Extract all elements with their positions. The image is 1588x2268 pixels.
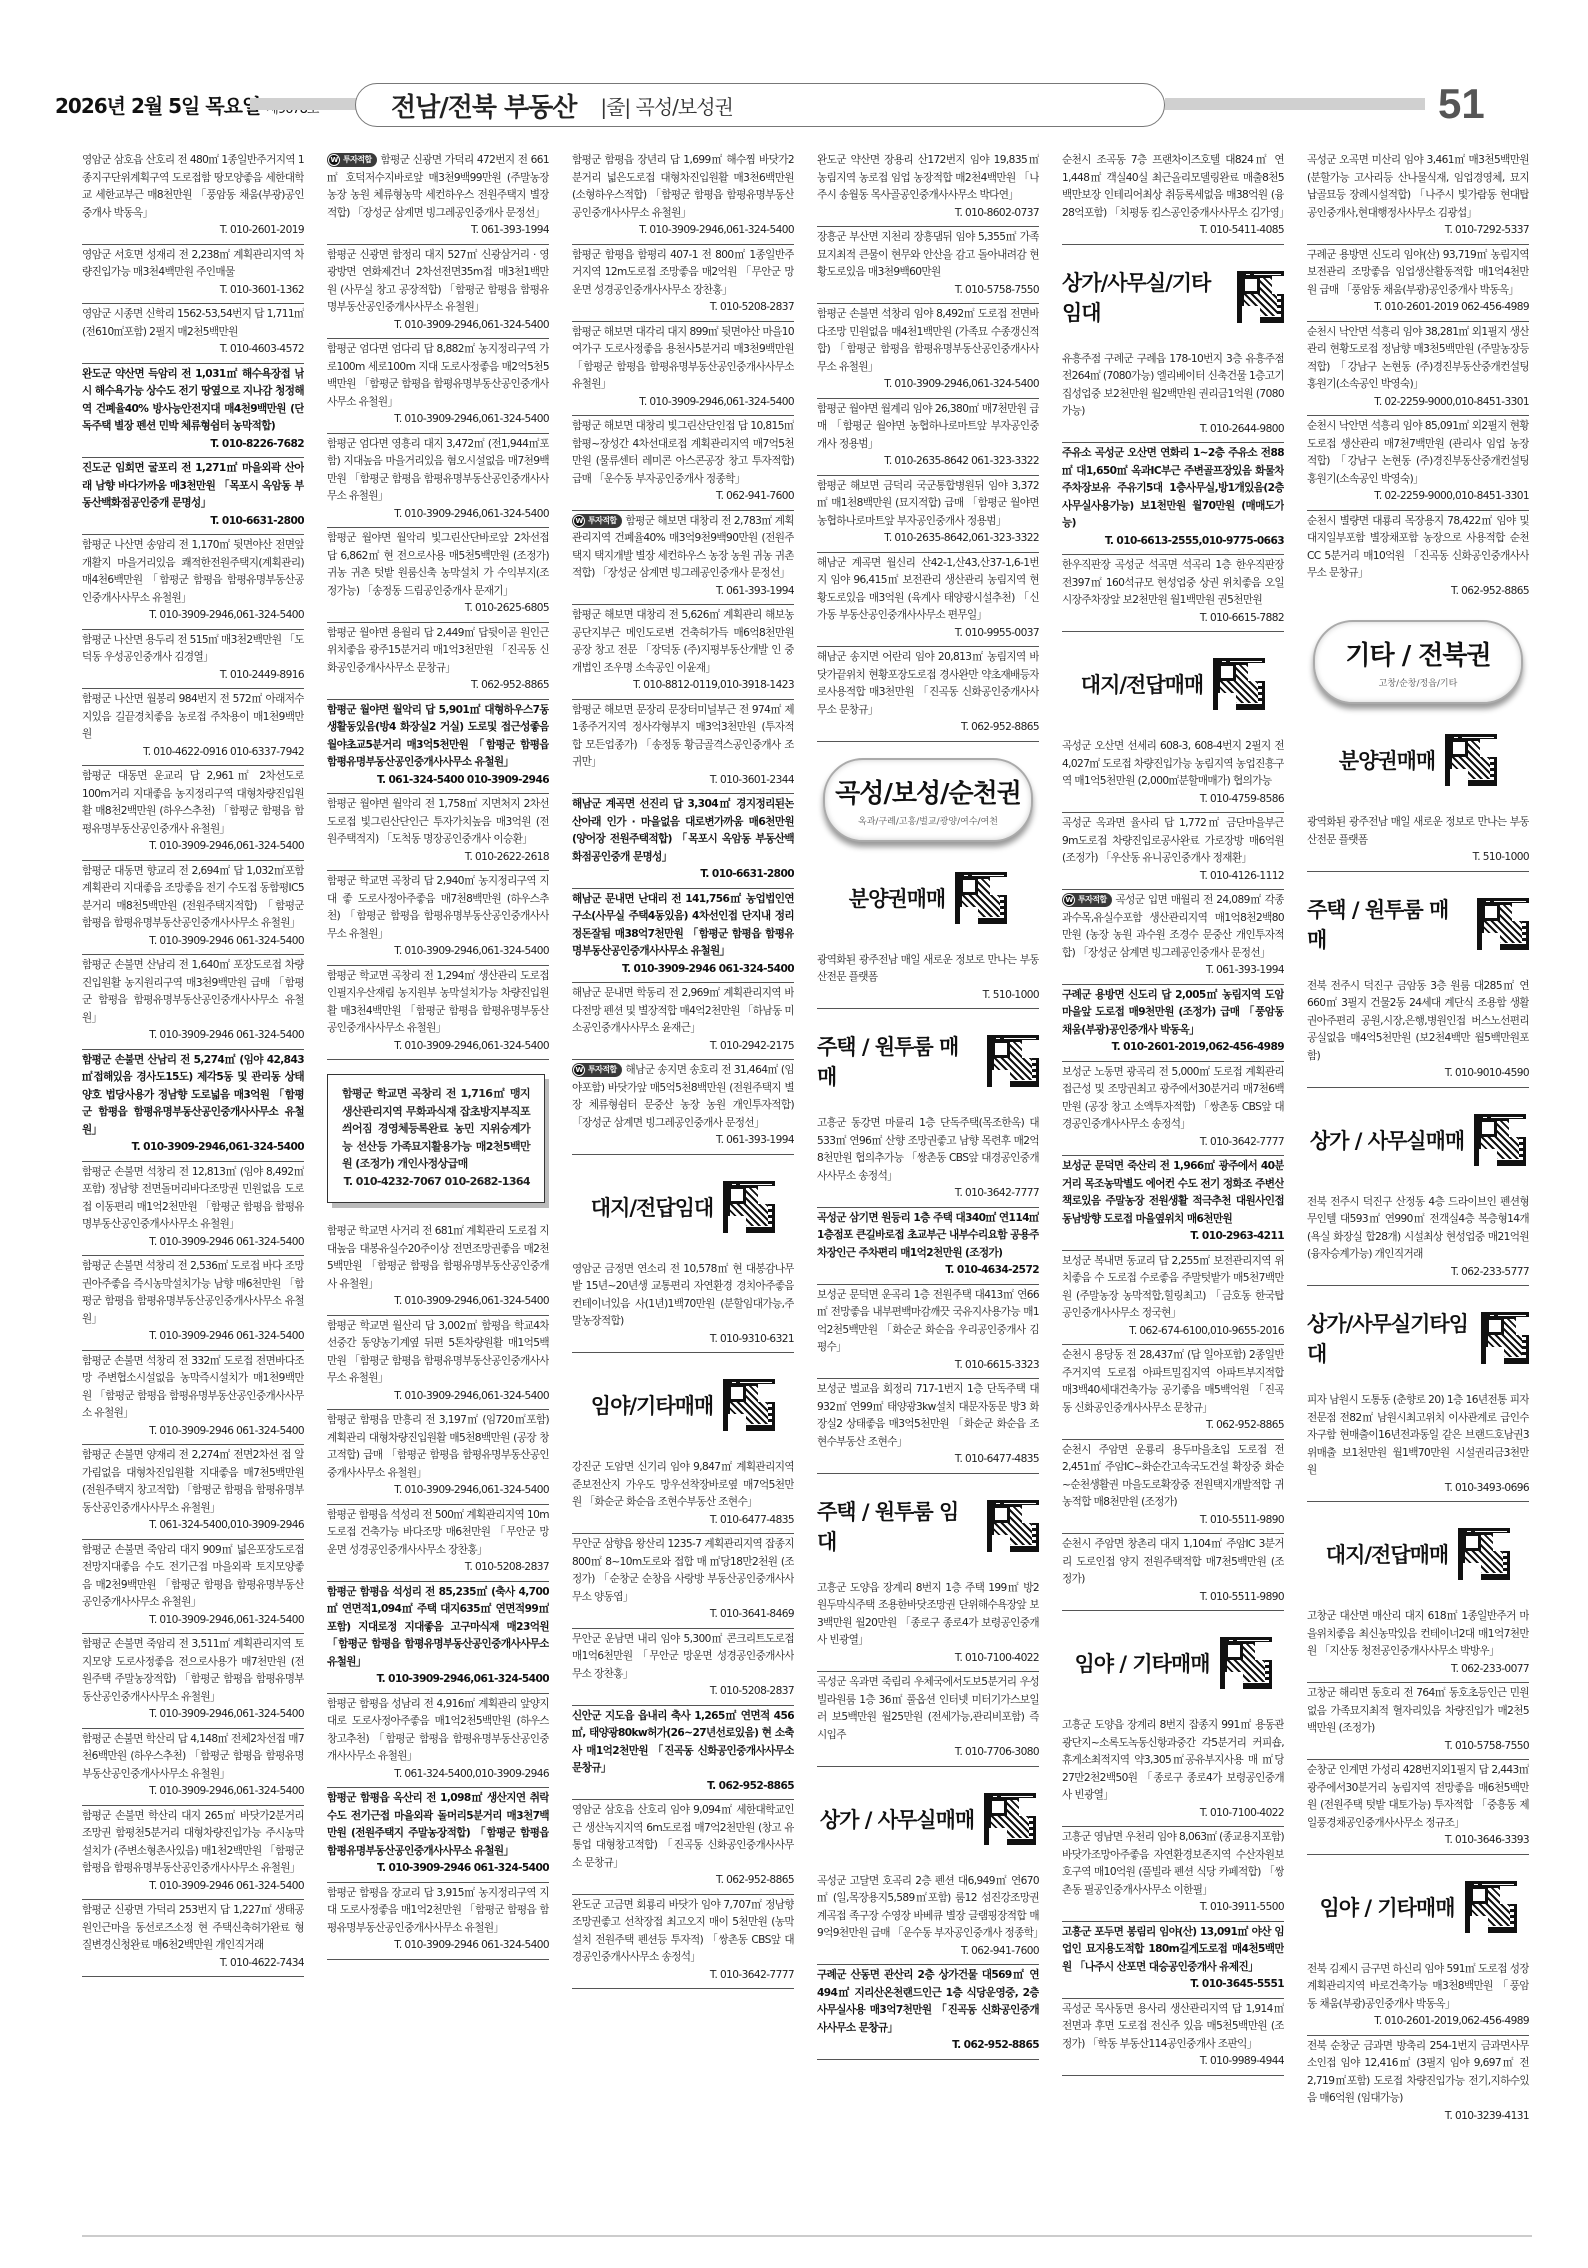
listing-ad: 함평군 엄다면 엄다리 답 8,882㎡ 농지정리구역 가로100m 세로100… [327, 339, 549, 434]
listing-ad: 함평군 손불면 석창리 전 332㎡ 도로접 전면바다조망 주변협소시설없음 농… [82, 1351, 304, 1446]
phone-number: T. 010-6477-4835 [572, 1512, 794, 1530]
listing-text: 고흥군 도양읍 장계리 8번지 잡종지 991㎡ 용동관광단지~소록도녹동신항과… [1062, 1719, 1284, 1801]
phone-number: T. 062-952-8865 [1307, 583, 1529, 601]
phone-number: T. 010-3646-3393 [1307, 1832, 1529, 1850]
listing-ad: 함평군 해보면 대각리 대지 899㎡ 뒷면야산 마을10여가구 도로사정좋음 … [572, 322, 794, 417]
column-2: W투자적합함평군 신광면 가덕리 472번지 전 661㎡ 호덕저수지바로앞 매… [327, 150, 549, 2230]
listing-ad: 순창군 인계면 가성리 428번지외1필지 답 2,443㎡ 광주에서30분거리… [1307, 1760, 1529, 1855]
qr-code-icon[interactable] [987, 1035, 1039, 1087]
listing-text: 함평군 해보면 금덕리 국군통합병원뒤 임야 3,372㎡ 매1천8백만원 (묘… [817, 480, 1039, 527]
investment-badge: W투자적합 [1062, 893, 1112, 907]
listing-ad: 순천시 주암면 창촌리 대지 1,104㎡ 주암IC 3분거리 도로인접 양지 … [1062, 1534, 1284, 1611]
listing-text: 곡성군 목사동면 용사리 생산관리지역 답 1,914㎡ 전면과 후면 도로접 … [1062, 2003, 1284, 2050]
listing-ad: 함평군 함평읍 성남리 전 4,916㎡ 계획관리 앞양지대로 도로사정아주좋음… [327, 1694, 549, 1789]
phone-number: T. 010-8226-7682 [82, 436, 304, 454]
classified-columns: 영암군 삼호읍 산호리 전 480㎡ 1종일반주거지역 1종지구단위계획구역 도… [82, 150, 1532, 2230]
w-logo-icon: W [1063, 894, 1075, 906]
phone-number: T. 010-8602-0737 [817, 205, 1039, 223]
phone-number: T. 02-2259-9000,010-8451-3301 [1307, 488, 1529, 506]
phone-number: T. 010-4126-1112 [1062, 868, 1284, 886]
phone-number: T. 061-324-5400,010-3909-2946 [82, 1517, 304, 1535]
listing-ad: 함평군 손불면 석창리 전 12,813㎡ (임야 8,492㎡포함) 정남향 … [82, 1162, 304, 1257]
section-label: 임야 / 기타매매 [1319, 1892, 1454, 1922]
phone-number: T. 02-2259-9000,010-8451-3301 [1307, 394, 1529, 412]
listing-ad: 영암군 삼호읍 산호리 전 480㎡ 1종일반주거지역 1종지구단위계획구역 도… [82, 150, 304, 245]
listing-text: 신안군 지도읍 읍내리 축사 1,265㎡ 연면적 456㎡, 태양광80kw허… [572, 1710, 794, 1775]
listing-text: 함평군 신광면 가덕리 253번지 답 1,227㎡ 생태공원인근마을 동선로즈… [82, 1904, 304, 1951]
listing-text: 전북 전주시 덕진구 산정동 4층 드라이브인 펜션형무인텔 대593㎡ 연99… [1307, 1196, 1529, 1261]
listing-ad: 곡성군 고달면 호곡리 2층 펜션 대6,949㎡ 연670㎡ (일,목장용지5… [817, 1871, 1039, 1966]
listing-ad: 보성군 복내면 동교리 답 2,255㎡ 보전관리지역 위치좋음 수 도로접 수… [1062, 1251, 1284, 1346]
qr-code-icon[interactable] [1477, 898, 1529, 950]
column-1: 영암군 삼호읍 산호리 전 480㎡ 1종일반주거지역 1종지구단위계획구역 도… [82, 150, 304, 2230]
phone-number: T. 010-3642-7777 [1062, 1134, 1284, 1152]
listing-ad: 함평군 월야면 용월리 답 2,449㎡ 답뒷이곧 원인근 위치좋음 광주15분… [327, 623, 549, 700]
listing-text: 함평군 대동면 향교리 전 2,694㎡ 답 1,032㎡포함 계획관리 지대좋… [82, 865, 304, 930]
phone-number: T. 010-3909-2946 061-324-5400 [82, 1878, 304, 1896]
section-label: 분양권매매 [1339, 745, 1435, 775]
qr-code-icon[interactable] [1213, 658, 1265, 710]
column-3: 함평군 함평읍 장년리 답 1,699㎡ 해수찜 바닷가2분거리 넓은도로접 대… [572, 150, 794, 2230]
listing-ad: 전북 전주시 덕진구 산정동 4층 드라이브인 펜션형무인텔 대593㎡ 연99… [1307, 1192, 1529, 1287]
phone-number: T. 010-2635-8642 061-323-3322 [817, 453, 1039, 471]
phone-number: T. 010-2601-2019,062-456-4989 [1062, 1039, 1284, 1057]
phone-number: T. 010-3909-2946,061-324-5400 [327, 943, 549, 961]
listing-text: 고창군 대산면 매산리 대지 618㎡ 1종일반주거 마을위치좋음 최신농막있음… [1307, 1610, 1529, 1657]
listing-ad: 함평군 손불면 산남리 전 5,274㎡ (임야 42,843㎡접해있음 경사도… [82, 1050, 304, 1162]
region-subtitle: 고창/순창/정읍/기타 [1379, 676, 1458, 689]
phone-number: T. 010-7706-3080 [817, 1744, 1039, 1762]
listing-text: 함평군 함평읍 석성리 전 85,235㎡ (축사 4,700㎡ 연면적1,09… [327, 1586, 549, 1668]
listing-text: 전북 김제시 금구면 하신리 임야 591㎡ 도로접 성장계획관리지역 바로건축… [1307, 1963, 1529, 2010]
listing-ad: 함평군 함평읍 옥산리 전 1,098㎡ 생산지연 취락 수도 전기근접 마을외… [327, 1788, 549, 1883]
listing-text: 함평군 대동면 운교리 답 2,961㎡ 2차선도로 100m거리 지대좋음 농… [82, 770, 304, 835]
listing-ad: 고창군 해리면 동호리 전 764㎡ 동호초등인근 민원없음 가족묘지최적 혈자… [1307, 1683, 1529, 1760]
listing-ad: 보성군 문덕면 운곡리 1층 전원주택 대413㎡ 연66㎡ 전망좋음 내부편백… [817, 1285, 1039, 1380]
listing-text: 순천시 주암면 운룡리 용두마을초입 도로접 전 2,451㎡ 주암IC~화순간… [1062, 1444, 1284, 1509]
section-label: 주택 / 원투룸 임대 [817, 1496, 977, 1556]
phone-number: T. 010-2942-2175 [572, 1038, 794, 1056]
listing-text: 곡성군 옥과면 율사리 답 1,772㎡ 금단마을부근 9m도로접 차량진입로공… [1062, 817, 1284, 864]
phone-number: T. 010-5758-7550 [817, 282, 1039, 300]
section-presale-header: 분양권매매 [1307, 720, 1529, 800]
listing-text: 진도군 임회면 굴포리 전 1,271㎡ 마을외곽 산아래 남향 바다가까움 매… [82, 462, 304, 509]
phone-number: T. 010-3909-2946,061-324-5400 [82, 1139, 304, 1157]
listing-ad: 완도군 약산면 장용리 산172번지 임야 19,835㎡ 농림지역 농로접 임… [817, 150, 1039, 227]
phone-number: T. 010-6615-7882 [1062, 610, 1284, 628]
listing-ad: 구례군 산동면 관산리 2층 상가건물 대569㎡ 연494㎡ 지리산온천랜드인… [817, 1965, 1039, 2060]
listing-text: 무안군 운남면 내리 임야 5,300㎡ 콘크리트도로접 매1억6천만원 「무안… [572, 1633, 794, 1680]
listing-ad: 함평군 학교면 곡창리 전 1,716㎡ 맹지 생산관리지역 무화과식재 잡초방… [342, 1083, 530, 1194]
listing-text: 곡성군 오산면 선세리 608-3, 608-4번지 2필지 전 4,027㎡ … [1062, 740, 1284, 787]
listing-text: 곡성군 삼기면 원등리 1층 주택 대340㎡ 연114㎡ 1층점포 큰길바로접… [817, 1212, 1039, 1259]
section-shop-header: 상가 / 사무실매매 [817, 1779, 1039, 1859]
listing-ad: 함평군 나산면 용두리 전 515㎡ 매3천2백만원 「도덕동 우성공인중개사 … [82, 630, 304, 690]
phone-number: T. 010-2601-2019 062-456-4989 [1307, 299, 1529, 317]
listing-text: 완도군 약산면 장용리 산172번지 임야 19,835㎡ 농림지역 농로접 임… [817, 154, 1039, 201]
listing-ad: 함평군 해보면 대창리 빛그린산단인접 답 10,815㎡ 함평~장성간 4차선… [572, 416, 794, 511]
listing-ad: W투자적합함평군 신광면 가덕리 472번지 전 661㎡ 호덕저수지바로앞 매… [327, 150, 549, 245]
investment-badge: W투자적합 [572, 1063, 622, 1077]
listing-text: 전북 전주시 덕진구 금암동 3층 원룸 대285㎡ 연660㎡ 3필지 건물2… [1307, 980, 1529, 1062]
phone-number: T. 062-952-8865 [572, 1872, 794, 1890]
listing-ad: 해남군 계곡면 월신리 산42-1,산43,산37-1,6-1번지 임야 96,… [817, 553, 1039, 648]
listing-ad: 곡성군 오산면 선세리 608-3, 608-4번지 2필지 전 4,027㎡ … [1062, 736, 1284, 813]
listing-text: 함평군 손불면 죽암리 대지 909㎡ 넓은포장도로접 전망지대좋음 수도 전기… [82, 1544, 304, 1609]
phone-number: T. 010-3909-2946,061-324-5400 [327, 1038, 549, 1056]
phone-number: T. 062-952-8865 [817, 719, 1039, 737]
listing-text: 영암군 삼호읍 산호리 임야 9,094㎡ 세한대학교인근 생산녹지지역 6m도… [572, 1804, 794, 1869]
listing-ad: 곡성군 오곡면 미산리 임야 3,461㎡ 매3천5백만원 (분할가능 고사리등… [1307, 150, 1529, 245]
listing-text: 강진군 도암면 신기리 임야 9,847㎡ 계획관리지역 준보전산지 가우도 망… [572, 1461, 794, 1508]
listing-ad: 전북 김제시 금구면 하신리 임야 591㎡ 도로접 성장계획관리지역 바로건축… [1307, 1959, 1529, 2036]
phone-number: T. 010-4603-4572 [82, 341, 304, 359]
listing-text: 함평군 엄다면 영흥리 대지 3,472㎡ (전1,944㎡포함) 지대높음 마… [327, 438, 549, 503]
phone-number: T. 010-6477-4835 [817, 1451, 1039, 1469]
phone-number: T. 010-2601-2019 [82, 222, 304, 240]
listing-text: 곡성군 옥과면 죽림리 우체국에서도보5분거리 우성빌라원룸 1층 36㎡ 풀옵… [817, 1676, 1039, 1741]
listing-ad: 함평군 해보면 금덕리 국군통합병원뒤 임야 3,372㎡ 매1천8백만원 (묘… [817, 476, 1039, 553]
listing-text: 구례군 용방면 신도리 임야(산) 93,719㎡ 농림지역 보전관리 조망좋음… [1307, 249, 1529, 296]
listing-ad: 함평군 월야면 월악리 빛그린산단바로앞 2차선접 답 6,862㎡ 현 전으로… [327, 528, 549, 623]
qr-code-icon[interactable] [1220, 1637, 1272, 1689]
listing-text: 해남군 계곡면 선진리 답 3,304㎡ 경지정리된논 산아래 인가 · 마을없… [572, 798, 794, 863]
phone-number: T. 010-2635-8642,061-323-3322 [817, 530, 1039, 548]
listing-text: 완도군 약산면 득암리 전 1,031㎡ 해수욕장접 낚시 해수욕가능 상수도 … [82, 368, 304, 433]
phone-number: T. 010-2963-4211 [1062, 1228, 1284, 1246]
listing-text: 광역화된 광주전남 매일 새로운 정보로 만나는 부동산전문 플랫폼 [817, 954, 1039, 984]
listing-ad: 구례군 용방면 신도리 임야(산) 93,719㎡ 농림지역 보전관리 조망좋음… [1307, 245, 1529, 322]
listing-ad: 함평군 함평읍 장교리 답 3,915㎡ 농지정리구역 지대 도로사정좋음 매1… [327, 1883, 549, 1960]
listing-text: 곡성군 고달면 호곡리 2층 펜션 대6,949㎡ 연670㎡ (일,목장용지5… [817, 1875, 1039, 1940]
phone-number: T. 510-1000 [817, 987, 1039, 1005]
listing-text: 순천시 용당동 전 28,437㎡ (답 일아포함) 2종일반주거지역 도로접 … [1062, 1349, 1284, 1414]
listing-ad: 함평군 해보면 대창리 전 5,626㎡ 계획관리 해보농공단지부근 메인도로변… [572, 605, 794, 700]
phone-number: T. 010-6615-3323 [817, 1357, 1039, 1375]
listing-ad: 전북 순창군 금과면 방축리 254-1번지 금과면사무소인접 임야 12,41… [1307, 2036, 1529, 2130]
phone-number: T. 010-3909-2946,061-324-5400 [572, 222, 794, 240]
listing-text: 영암군 금정면 연소리 전 10,578㎡ 현 대봉감나무밭 15년~20년생 … [572, 1263, 794, 1328]
listing-text: 고흥군 영남면 우천리 임야 8,063㎡ (종교용지포함) 바닷가조망아주좋음… [1062, 1831, 1284, 1896]
listing-text: 함평군 손불면 석창리 전 12,813㎡ (임야 8,492㎡포함) 정남향 … [82, 1166, 304, 1231]
section-label: 상가 / 사무실매매 [1310, 1125, 1464, 1155]
section-label: 대지/전답매매 [1081, 669, 1203, 699]
phone-number: T. 010-3909-2946,061-324-5400 [82, 607, 304, 625]
phone-number: T. 010-6631-2800 [82, 513, 304, 531]
listing-text: 함평군 학교면 곡창리 전 1,294㎡ 생산관리 도로접 인필지우산재림 농지… [327, 970, 549, 1035]
listing-ad: W투자적합함평군 해보면 대창리 전 2,783㎡ 계획관리지역 건폐율40% … [572, 511, 794, 606]
listing-ad: 함평군 손불면 양재리 전 2,274㎡ 전면2차선 접 알가림없음 대형차진입… [82, 1445, 304, 1540]
listing-text: 함평군 월야면 월악리 답 5,901㎡ 대형하우스7동 생활동있음(방4 화장… [327, 704, 549, 769]
listing-text: 함평군 손불면 석창리 임야 8,492㎡ 도로접 전면바다조망 민원없음 매4… [817, 308, 1039, 373]
listing-ad: 함평군 함평읍 석성리 전 85,235㎡ (축사 4,700㎡ 연면적1,09… [327, 1582, 549, 1694]
phone-number: T. 010-4634-2572 [817, 1262, 1039, 1280]
phone-number: T. 010-9989-4944 [1062, 2053, 1284, 2071]
listing-text: 함평군 손불면 학산리 답 4,148㎡ 전체2차선접 매7천6백만원 (하우스… [82, 1733, 304, 1780]
section-forest-header: 임야 / 기타매매 [1307, 1867, 1529, 1947]
phone-number: T. 010-2625-6805 [327, 600, 549, 618]
qr-code-icon[interactable] [723, 1181, 775, 1233]
phone-number: T. 010-3909-2946,061-324-5400 [327, 1388, 549, 1406]
listing-ad: 함평군 손불면 석창리 임야 8,492㎡ 도로접 전면바다조망 민원없음 매4… [817, 304, 1039, 399]
listing-ad: 함평군 함평읍 장년리 답 1,699㎡ 해수찜 바닷가2분거리 넓은도로접 대… [572, 150, 794, 245]
listing-text: 함평군 함평읍 옥산리 전 1,098㎡ 생산지연 취락 수도 전기근접 마을외… [327, 1792, 549, 1857]
phone-number: T. 010-6631-2800 [572, 866, 794, 884]
w-logo-icon: W [328, 154, 340, 166]
listing-ad: 보성군 노동면 광곡리 전 5,000㎡ 도로접 계획관리 접근성 및 조망권최… [1062, 1062, 1284, 1157]
section-label: 상가/사무실/기타임대 [1062, 267, 1227, 327]
boxed-listing: 함평군 학교면 곡창리 전 1,716㎡ 맹지 생산관리지역 무화과식재 잡초방… [327, 1074, 545, 1203]
listing-ad: 순천시 조곡동 7층 프랜차이즈호텔 대824㎡ 연1,448㎡ 객실40실 최… [1062, 150, 1284, 245]
phone-number: T. 010-3909-2946 061-324-5400 [82, 933, 304, 951]
listing-text: 주유소 곡성군 오산면 연화리 1~2층 주유소 전88㎡ 대1,650㎡ 옥과… [1062, 447, 1284, 529]
listing-text: 구례군 용방면 신도리 답 2,005㎡ 농림지역 도암마을앞 도로접 매9천만… [1062, 989, 1284, 1036]
phone-number: T. 062-233-0077 [1307, 1661, 1529, 1679]
listing-text: 함평군 손불면 죽암리 전 3,511㎡ 계획관리지역 토지모양 도로사정좋음 … [82, 1638, 304, 1703]
listing-ad: 함평군 엄다면 영흥리 대지 3,472㎡ (전1,944㎡포함) 지대높음 마… [327, 434, 549, 529]
qr-code-icon[interactable] [987, 1500, 1039, 1552]
column-6: 곡성군 오곡면 미산리 임야 3,461㎡ 매3천5백만원 (분할가능 고사리등… [1307, 150, 1529, 2230]
listing-text: 함평군 월야면 월악리 빛그린산단바로앞 2차선접 답 6,862㎡ 현 전으로… [327, 532, 549, 597]
phone-number: T. 010-3909-2946,061-324-5400 [327, 411, 549, 429]
listing-ad: 함평군 손불면 석창리 전 2,536㎡ 도로접 바다 조망권아주좋음 즉시농막… [82, 1256, 304, 1351]
listing-text: 순천시 조곡동 7층 프랜차이즈호텔 대824㎡ 연1,448㎡ 객실40실 최… [1062, 154, 1284, 219]
phone-number: T. 010-4622-7434 [82, 1955, 304, 1973]
phone-number: T. 010-4232-7067 010-2682-1364 [342, 1173, 530, 1191]
listing-ad: 강진군 도암면 신기리 임야 9,847㎡ 계획관리지역 준보전산지 가우도 망… [572, 1457, 794, 1534]
listing-ad: 함평군 손불면 죽암리 대지 909㎡ 넓은포장도로접 전망지대좋음 수도 전기… [82, 1540, 304, 1635]
listing-text: 함평군 해보면 대각리 대지 899㎡ 뒷면야산 마을10여가구 도로사정좋음 … [572, 326, 794, 391]
listing-text: 해남군 문내면 난대리 전 141,756㎡ 농업법인연구소(사무실 주택4동있… [572, 893, 794, 958]
badge-label: 투자적합 [588, 512, 617, 530]
phone-number: T. 010-3909-2946 061-324-5400 [82, 1027, 304, 1045]
phone-number: T. 010-3909-2946,061-324-5400 [82, 1783, 304, 1801]
phone-number: T. 010-5511-9890 [1062, 1589, 1284, 1607]
phone-number: T. 010-6613-2555,010-9775-0663 [1062, 533, 1284, 551]
phone-number: T. 010-3909-2946,061-324-5400 [82, 1612, 304, 1630]
listing-text: 함평군 손불면 석창리 전 2,536㎡ 도로접 바다 조망권아주좋음 즉시농막… [82, 1260, 304, 1325]
listing-ad: 함평군 나산면 송암리 전 1,170㎡ 뒷면야산 전면앞개활지 마을거리있음 … [82, 535, 304, 630]
listing-text: 함평군 함평읍 장년리 답 1,699㎡ 해수찜 바닷가2분거리 넓은도로접 대… [572, 154, 794, 219]
date-text: 2026년 2월 5일 목요일 [55, 94, 260, 118]
phone-number: T. 010-8812-0119,010-3918-1423 [572, 677, 794, 695]
listing-ad: 함평군 손불면 죽암리 전 3,511㎡ 계획관리지역 토지모양 도로사정좋음 … [82, 1634, 304, 1729]
badge-label: 투자적합 [588, 1061, 617, 1079]
qr-code-icon[interactable] [984, 1793, 1036, 1845]
section-title: 전남/전북 부동산 [391, 87, 576, 124]
section-label: 상가 / 사무실매매 [820, 1804, 974, 1834]
listing-text: 함평군 학교면 월산리 답 3,002㎡ 함평읍 학교4차선중간 동양농기계옆 … [327, 1320, 549, 1385]
phone-number: T. 010-3909-2946,061-324-5400 [572, 394, 794, 412]
region-subtitle: 옥과/구례/고흥/벌교/광양/여수/여천 [858, 814, 998, 827]
phone-number: T. 010-7100-4022 [817, 1650, 1039, 1668]
phone-number: T. 010-3909-2946 061-324-5400 [82, 1234, 304, 1252]
section-land-header: 대지/전답매매 [1062, 644, 1284, 724]
listing-ad: 순천시 용당동 전 28,437㎡ (답 일아포함) 2종일반주거지역 도로접 … [1062, 1345, 1284, 1440]
section-label: 임야/기타매매 [591, 1390, 713, 1420]
listing-text: 광역화된 광주전남 매일 새로운 정보로 만나는 부동산전문 플랫폼 [1307, 816, 1529, 846]
listing-ad: 함평군 학교면 곡창리 전 1,294㎡ 생산관리 도로접 인필지우산재림 농지… [327, 966, 549, 1061]
phone-number: T. 062-233-5777 [1307, 1264, 1529, 1282]
phone-number: T. 061-324-5400,010-3909-2946 [327, 1766, 549, 1784]
listing-ad: 고창군 대산면 매산리 대지 618㎡ 1종일반주거 마을위치좋음 최신농막있음… [1307, 1606, 1529, 1683]
listing-ad: 영암군 시종면 신학리 1562-53,54번지 답 1,711㎡ (전610㎡… [82, 304, 304, 364]
phone-number: T. 010-3909-2946,061-324-5400 [327, 1293, 549, 1311]
phone-number: T. 062-952-8865 [1062, 1417, 1284, 1435]
listing-ad: 순천시 별량면 대룡리 목장용지 78,422㎡ 임야 및 대지일부포함 별장채… [1307, 511, 1529, 605]
listing-ad: 한우직판장 곡성군 석곡면 석곡리 1층 한우직판장 전397㎡ 160석규모 … [1062, 555, 1284, 632]
listing-text: 함평군 월야면 월계리 임야 26,380㎡ 매7천만원 급매 「함평군 월야면… [817, 403, 1039, 450]
listing-ad: 곡성군 옥과면 율사리 답 1,772㎡ 금단마을부근 9m도로접 차량진입로공… [1062, 813, 1284, 890]
phone-number: T. 010-3909-2946,061-324-5400 [327, 317, 549, 335]
phone-number: T. 010-3909-2946 061-324-5400 [82, 1423, 304, 1441]
qr-code-icon[interactable] [1445, 734, 1497, 786]
listing-ad: W투자적합해남군 송지면 송호리 전 31,464㎡ (임야포함) 바닷가앞 매… [572, 1060, 794, 1155]
phone-number: T. 061-324-5400 010-3909-2946 [327, 772, 549, 790]
section-label: 대지/전답매매 [1326, 1539, 1448, 1569]
phone-number: T. 010-9310-6321 [572, 1331, 794, 1349]
qr-code-icon[interactable] [955, 872, 1007, 924]
section-forest-header: 임야/기타매매 [572, 1365, 794, 1445]
phone-number: T. 010-5411-4085 [1062, 222, 1284, 240]
listing-text: 보성군 문덕면 운곡리 1층 전원주택 대413㎡ 연66㎡ 전망좋음 내부편백… [817, 1289, 1039, 1354]
phone-number: T. 062-941-7600 [817, 1943, 1039, 1961]
qr-code-icon[interactable] [1458, 1528, 1510, 1580]
phone-number: T. 010-3642-7777 [572, 1967, 794, 1985]
listing-text: 순천시 주암면 창촌리 대지 1,104㎡ 주암IC 3분거리 도로인접 양지 … [1062, 1538, 1284, 1585]
qr-code-icon[interactable] [723, 1379, 775, 1431]
listing-text: 함평군 손불면 석창리 전 332㎡ 도로접 전면바다조망 주변협소시설없음 농… [82, 1355, 304, 1420]
qr-code-icon[interactable] [1474, 1114, 1526, 1166]
listing-text: 고창군 해리면 동호리 전 764㎡ 동호초등인근 민원없음 가족묘지최적 혈자… [1307, 1687, 1529, 1734]
listing-ad: 순천시 낙안면 석흥리 임야 85,091㎡ 외2필지 현황도로접 생산관리 매… [1307, 416, 1529, 511]
section-shop-rent-header: 상가/사무실/기타임대 [1062, 257, 1284, 337]
listing-text: 해남군 계곡면 월신리 산42-1,산43,산37-1,6-1번지 임야 96,… [817, 557, 1039, 622]
listing-ad: 광역화된 광주전남 매일 새로운 정보로 만나는 부동산전문 플랫폼T. 510… [1307, 812, 1529, 872]
qr-code-icon[interactable] [1465, 1881, 1517, 1933]
phone-number: T. 061-393-1994 [572, 1132, 794, 1150]
listing-text: 피자 남원시 도통동 (춘향로 20) 1층 16년전통 피자전문점 전82㎡ … [1307, 1394, 1529, 1476]
masthead: 2026년 2월 5일 목요일 제9678호 전남/전북 부동산 |줄| 곡성/… [0, 80, 1588, 130]
region-banner: 기타 / 전북권고창/순창/정읍/기타 [1313, 620, 1523, 704]
listing-ad: 고흥군 영남면 우천리 임야 8,063㎡ (종교용지포함) 바닷가조망아주좋음… [1062, 1827, 1284, 1922]
section-label: 주택 / 원투룸 매매 [817, 1031, 977, 1091]
listing-text: 함평군 손불면 산남리 전 5,274㎡ (임야 42,843㎡접해있음 경사도… [82, 1054, 304, 1136]
phone-number: T. 010-3911-5500 [1062, 1899, 1284, 1917]
listing-text: 함평군 나산면 용두리 전 515㎡ 매3천2백만원 「도덕동 우성공인중개사 … [82, 634, 304, 664]
phone-number: T. 010-3909-2946 061-324-5400 [82, 1328, 304, 1346]
listing-ad: 고흥군 도양읍 장계리 8번지 잡종지 991㎡ 용동관광단지~소록도녹동신항과… [1062, 1715, 1284, 1827]
qr-code-icon[interactable] [1481, 1312, 1529, 1364]
phone-number: T. 010-3909-2946 061-324-5400 [572, 961, 794, 979]
listing-ad: 함평군 대동면 향교리 전 2,694㎡ 답 1,032㎡포함 계획관리 지대좋… [82, 861, 304, 956]
listing-text: 함평군 학교면 곡창리 답 2,940㎡ 농지정리구역 지대 좋 도로사정아주좋… [327, 875, 549, 940]
listing-ad: 함평군 월야면 월계리 임야 26,380㎡ 매7천만원 급매 「함평군 월야면… [817, 399, 1039, 476]
listing-text: 함평군 함평읍 석성리 전 500㎡ 계획관리지역 10m도로접 건축가능 바다… [327, 1509, 549, 1556]
listing-text: 함평군 손불면 학산리 대지 265㎡ 바닷가2분거리 조망권 함평천5분거리 … [82, 1810, 304, 1875]
listing-text: 고흥군 포두면 봉림리 임야(산) 13,091㎡ 야산 임업인 묘지용도적합 … [1062, 1926, 1284, 1973]
listing-ad: 함평군 신광면 함정리 대지 527㎡ 신광삼거리 · 영광방면 연화제건너 2… [327, 245, 549, 340]
listing-ad: 진도군 임회면 굴포리 전 1,271㎡ 마을외곽 산아래 남향 바다가까움 매… [82, 458, 304, 535]
listing-text: 함평군 해보면 대창리 빛그린산단인접 답 10,815㎡ 함평~장성간 4차선… [572, 420, 794, 485]
listing-text: 함평군 학교면 사거리 전 681㎡ 계획관리 도로접 지대높음 대봉유실수20… [327, 1225, 549, 1290]
listing-ad: 곡성군 목사동면 용사리 생산관리지역 답 1,914㎡ 전면과 후면 도로접 … [1062, 1999, 1284, 2076]
listing-text: 고흥군 동강면 마륜리 1층 단독주택(목조한옥) 대533㎡ 연96㎡ 산향 … [817, 1117, 1039, 1182]
listing-ad: 함평군 손불면 학산리 대지 265㎡ 바닷가2분거리 조망권 함평천5분거리 … [82, 1806, 304, 1901]
phone-number: T. 010-5511-9890 [1062, 1512, 1284, 1530]
listing-text: 함평군 손불면 양재리 전 2,274㎡ 전면2차선 접 알가림없음 대형차진입… [82, 1449, 304, 1514]
listing-ad: W투자적합곡성군 입면 매월리 전 24,089㎡ 각종과수목,유실수포함 생산… [1062, 890, 1284, 985]
listing-ad: 곡성군 옥과면 죽림리 우체국에서도보5분거리 우성빌라원룸 1층 36㎡ 풀옵… [817, 1672, 1039, 1767]
section-shop-rent-header: 상가/사무실기타임대 [1307, 1298, 1529, 1378]
listing-text: 순창군 인계면 가성리 428번지외1필지 답 2,443㎡ 광주에서30분거리… [1307, 1764, 1529, 1829]
listing-ad: 함평군 손불면 산남리 전 1,640㎡ 포장도로접 차량진입원활 농지원리구역… [82, 955, 304, 1050]
listing-ad: 완도군 고금면 회룡리 바닷가 임야 7,707㎡ 정남향 조망권좋고 선착장접… [572, 1895, 794, 1990]
qr-code-icon[interactable] [1237, 271, 1284, 323]
section-forest2-header: 임야 / 기타매매 [1062, 1623, 1284, 1703]
section-presale-header: 분양권매매 [817, 858, 1039, 938]
region-title: 기타 / 전북권 [1345, 635, 1490, 672]
listing-ad: 주유소 곡성군 오산면 연화리 1~2층 주유소 전88㎡ 대1,650㎡ 옥과… [1062, 443, 1284, 555]
listing-text: 함평군 함평읍 만흥리 전 3,197㎡ (임720㎡포함) 계획관리 대형차량… [327, 1414, 549, 1479]
badge-label: 투자적합 [343, 151, 372, 169]
section-label: 분양권매매 [849, 883, 945, 913]
listing-text: 무안군 삼향읍 왕산리 1235-7 계획관리지역 잡종지 800㎡ 8~10m… [572, 1538, 794, 1603]
phone-number: T. 010-2622-2618 [327, 849, 549, 867]
phone-number: T. 062-952-8865 [572, 1778, 794, 1796]
listing-text: 유흥주점 구례군 구례읍 178-10번지 3층 유흥주점 전264㎡ (708… [1062, 353, 1284, 418]
column-5: 순천시 조곡동 7층 프랜차이즈호텔 대824㎡ 연1,448㎡ 객실40실 최… [1062, 150, 1284, 2230]
listing-ad: 무안군 삼향읍 왕산리 1235-7 계획관리지역 잡종지 800㎡ 8~10m… [572, 1534, 794, 1629]
phone-number: T. 010-5758-7550 [1307, 1738, 1529, 1756]
listing-text: 함평군 해보면 문장리 문장터미널부근 전 974㎡ 제1종주거지역 정사각형부… [572, 704, 794, 769]
listing-ad: 무안군 운남면 내리 임야 5,300㎡ 콘크리트도로접 매1억6천만원 「무안… [572, 1629, 794, 1706]
phone-number: T. 010-9010-4590 [1307, 1065, 1529, 1083]
listing-ad: 순천시 낙안면 석흥리 임야 38,281㎡ 외1필지 생산관리 현황도로접 정… [1307, 322, 1529, 417]
listing-text: 함평군 함평읍 성남리 전 4,916㎡ 계획관리 앞양지대로 도로사정아주좋음… [327, 1698, 549, 1763]
listing-text: 함평군 함평읍 함평리 407-1 전 800㎡ 1종일반주거지역 12m도로접… [572, 249, 794, 296]
listing-text: 함평군 월야면 월악리 전 1,758㎡ 지면처지 2차선도로접 빛그린산단인근… [327, 798, 549, 845]
section-rental-land-header: 대지/전답임대 [572, 1167, 794, 1247]
phone-number: T. 010-4759-8586 [1062, 791, 1284, 809]
section-land-header: 대지/전답매매 [1307, 1514, 1529, 1594]
phone-number: T. 010-5208-2837 [572, 299, 794, 317]
section-label: 임야 / 기타매매 [1074, 1648, 1209, 1678]
listing-text: 함평군 해보면 대창리 전 5,626㎡ 계획관리 해보농공단지부근 메인도로변… [572, 609, 794, 674]
phone-number: T. 010-7292-5337 [1307, 222, 1529, 240]
section-label: 상가/사무실기타임대 [1307, 1308, 1471, 1368]
listing-ad: 해남군 문내면 난대리 전 141,756㎡ 농업법인연구소(사무실 주택4동있… [572, 889, 794, 984]
listing-ad: 곡성군 삼기면 원등리 1층 주택 대340㎡ 연114㎡ 1층점포 큰길바로접… [817, 1208, 1039, 1285]
listing-ad: 고흥군 포두면 봉림리 임야(산) 13,091㎡ 야산 임업인 묘지용도적합 … [1062, 1922, 1284, 1999]
listing-ad: 고흥군 도양읍 장계리 8번지 1층 주택 199㎡ 방2 원두막식주택 조용한… [817, 1578, 1039, 1673]
phone-number: T. 010-3239-4131 [1307, 2108, 1529, 2126]
masthead-bar-left [250, 98, 360, 110]
phone-number: T. 061-393-1994 [572, 583, 794, 601]
listing-ad: 함평군 함평읍 함평리 407-1 전 800㎡ 1종일반주거지역 12m도로접… [572, 245, 794, 322]
masthead-bar-right [1165, 98, 1425, 110]
phone-number: T. 010-3493-0696 [1307, 1480, 1529, 1498]
phone-number: T. 062-952-8865 [817, 2037, 1039, 2055]
phone-number: T. 010-2601-2019,062-456-4989 [1307, 2013, 1529, 2031]
section-label: 대지/전답임대 [591, 1192, 713, 1222]
region-banner: 곡성/보성/순천권옥과/구례/고흥/벌교/광양/여수/여천 [823, 758, 1033, 842]
listing-ad: 영암군 삼호읍 산호리 임야 9,094㎡ 세한대학교인근 생산녹지지역 6m도… [572, 1800, 794, 1895]
listing-ad: 해남군 계곡면 선진리 답 3,304㎡ 경지정리된논 산아래 인가 · 마을없… [572, 794, 794, 889]
phone-number: T. 010-3909-2946,061-324-5400 [82, 838, 304, 856]
phone-number: T. 010-5208-2837 [327, 1559, 549, 1577]
listing-ad: 전북 전주시 덕진구 금암동 3층 원룸 대285㎡ 연660㎡ 3필지 건물2… [1307, 976, 1529, 1088]
